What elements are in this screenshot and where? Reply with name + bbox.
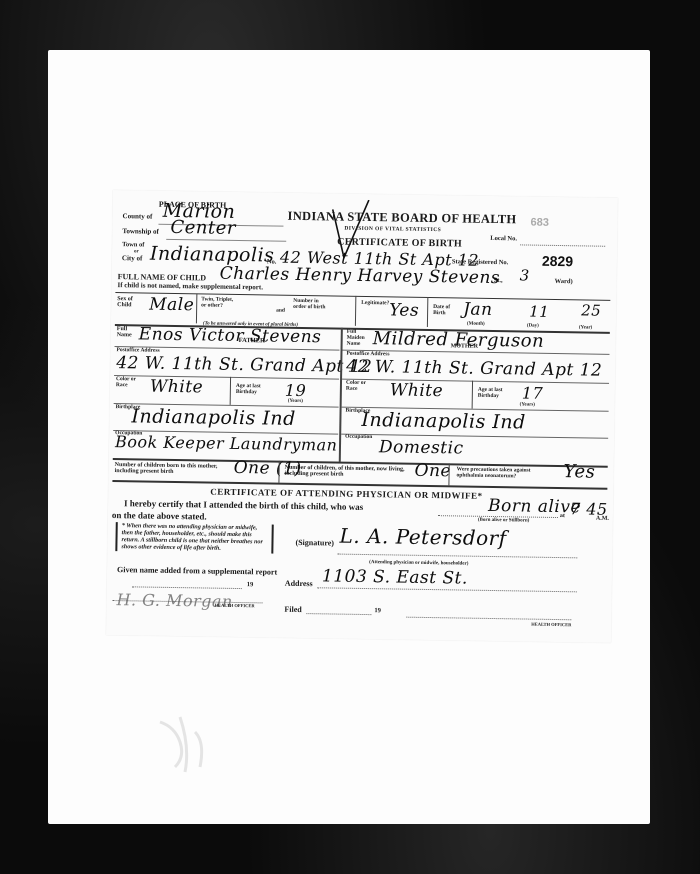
birth-month: Jan [463,300,493,320]
mother-maiden-name: Mildred Ferguson [373,328,545,352]
father-occupation: Book Keeper Laundryman [115,432,338,454]
divider-line [278,461,279,483]
date-of-birth-label: Date of Birth [433,305,461,317]
birth-year: 25 [581,301,601,319]
attendant-signature: L. A. Petersdorf [339,524,506,551]
attendant-statement-2: on the date above stated. [112,510,207,521]
given-name-line [132,586,242,589]
mother-age-unit: (Years) [520,402,535,407]
father-age-label: Age at last Birthday [236,384,276,396]
address-label: Address [285,579,313,588]
ward-label: Ward) [555,279,573,286]
father-name-label: Full Name [117,326,137,339]
faint-stamp-mark [150,712,225,782]
father-color-label: Color or Race [116,377,138,389]
local-no-line [520,244,605,246]
filed-officer-line [406,617,571,621]
certificate-title: CERTIFICATE OF BIRTH [337,237,462,250]
health-officer-label-2: HEALTH OFFICER [531,623,571,628]
attendant-heading: CERTIFICATE OF ATTENDING PHYSICIAN OR MI… [210,487,482,501]
local-no-stamp: 683 [530,217,549,229]
mother-age: 17 [522,383,544,402]
father-address: 42 W. 11th St. Grand Apt 12 [116,353,372,377]
time-suffix: A.M. [596,516,609,523]
filed-label: Filed [284,605,301,614]
legitimate-label: Legitimate? [361,301,387,307]
township-line [166,239,286,242]
mother-age-label: Age at last Birthday [478,388,518,400]
local-no-label: Local No. [490,236,517,243]
and-label: and [276,309,285,315]
divider-line [427,297,428,327]
mother-name-label: Full Maiden Name [347,330,369,348]
signature-line [337,554,577,559]
number-order-label: Number in order of birth [293,299,329,311]
mother-occupation: Domestic [379,437,464,458]
birth-day: 11 [529,303,549,321]
given-name-year: 19 [247,582,254,589]
father-birthplace: Indianapolis Ind [131,405,296,430]
divider-line [196,293,197,323]
children-living-label: Number of children, of this mother, now … [285,465,413,480]
day-label: (Day) [527,324,539,329]
county-label: County of [123,213,153,221]
health-officer-label: HEALTH OFFICER [214,604,254,609]
born-status-label: (Born alive or Stillborn) [478,518,530,524]
state-registered-no: 2829 [542,253,573,269]
sex-value: Male [149,295,194,316]
father-color: White [150,377,204,398]
town-label: Town of [122,242,144,249]
children-living-value: One [414,461,451,482]
issuer-title: INDIANA STATE BOARD OF HEALTH [287,209,516,228]
signature-role-label: (Attending physician or midwife, househo… [369,560,468,567]
divider-line [355,296,356,326]
mother-occupation-label: Occupation [345,435,372,441]
mother-address: 42 W. 11th St. Grand Apt 12 [346,357,602,381]
mother-color-label: Color or Race [346,381,368,393]
ward-value: 3 [520,266,530,284]
legitimate-value: Yes [389,300,419,320]
state-registered-label: State Registered No. [452,259,508,267]
children-born-label: Number of children born to this mother, … [115,462,235,476]
father-full-name: Enos Victor Stevens [139,324,322,347]
year-label: (Year) [579,325,592,330]
divider-line [448,463,449,485]
attendant-note: * When there was no attending physician … [115,522,273,553]
mother-color: White [390,380,444,401]
birth-certificate: PLACE OF BIRTH County of Marion Township… [106,190,618,643]
attendant-address: 1103 S. East St. [322,566,468,588]
sex-label: Sex of Child [117,296,145,309]
month-label: (Month) [467,322,485,328]
born-status-value: Born alive [488,496,581,517]
filed-line [306,613,371,615]
father-age: 19 [285,381,307,400]
twin-label: Twin, Triplet, or other? [201,297,237,309]
mother-birthplace: Indianapolis Ind [361,409,526,434]
unnamed-note: If child is not named, make supplemental… [117,282,263,292]
precautions-value: Yes [563,461,595,482]
filed-year: 19 [374,608,381,615]
divider-line [472,381,473,409]
township-value: Center [170,217,236,239]
city-label: City of [122,255,143,263]
signature-label: (Signature) [295,538,334,548]
given-name-label: Given name added from a supplemental rep… [117,565,277,577]
city-value: Indianapolis [150,243,275,267]
township-label: Township of [122,228,159,236]
divider-line [339,328,343,462]
father-age-unit: (Years) [288,399,303,404]
at-label: at [560,513,565,519]
divider-line [230,377,231,405]
precautions-label: Were precautions taken against ophthalmi… [457,467,557,480]
